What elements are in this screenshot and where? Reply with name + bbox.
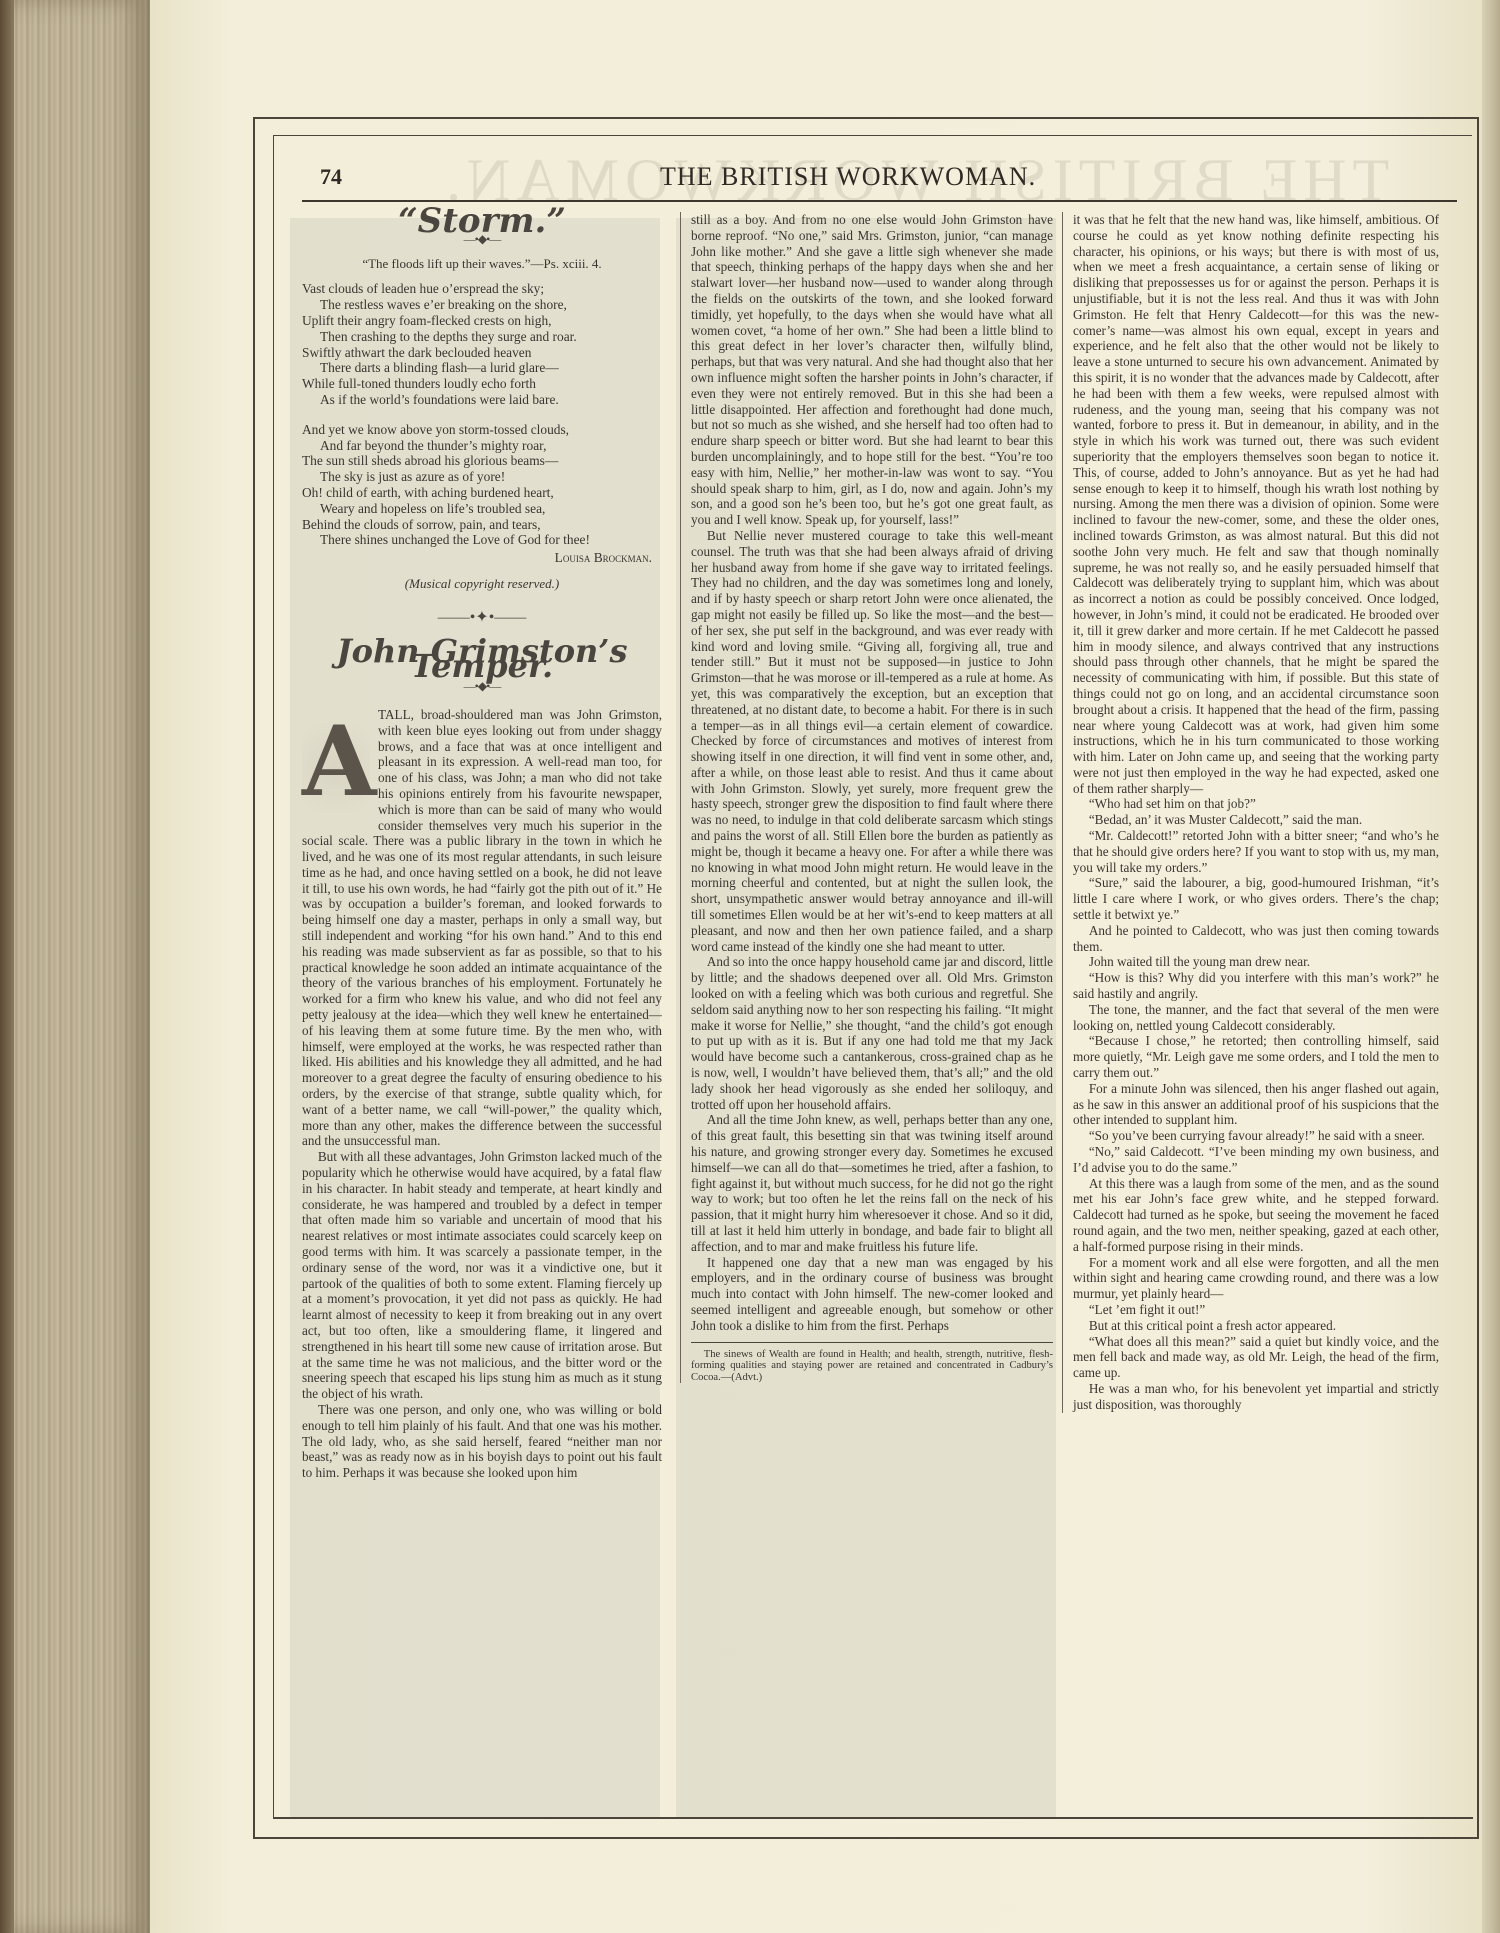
dialogue-line: “Mr. Caldecott!” retorted John with a bi… [1073,828,1439,875]
poem-stanza-1: Vast clouds of leaden hue o’erspread the… [302,281,662,407]
section-divider: ——•✦•—— [302,610,662,626]
masthead-title: THE BRITISH WORKWOMAN. [660,162,1036,192]
poem-line: There shines unchanged the Love of God f… [302,532,662,548]
poem-line: And yet we know above yon storm-tossed c… [302,422,662,438]
dialogue-line: “Bedad, an’ it was Muster Caldecott,” sa… [1073,812,1439,828]
poem-title: “Storm.” [302,214,662,230]
middle-column: still as a boy. And from no one else wou… [680,212,1053,1383]
copyright-note: (Musical copyright reserved.) [302,576,662,592]
book-spine-shadow [0,0,14,1933]
right-column: it was that he felt that the new hand wa… [1062,212,1439,1413]
dialogue-line: “No,” said Caldecott. “I’ve been minding… [1073,1144,1439,1176]
poem-stanza-2: And yet we know above yon storm-tossed c… [302,422,662,548]
story-paragraph: The tone, the manner, and the fact that … [1073,1002,1439,1034]
poem-line: Weary and hopeless on life’s troubled se… [302,501,662,517]
story-paragraph: And he pointed to Caldecott, who was jus… [1073,923,1439,955]
story-title: John Grimston’s Temper. [302,644,662,676]
page-right-edge [1482,0,1500,1933]
poem-line: Oh! child of earth, with aching burdened… [302,485,662,501]
poem-line: The restless waves e’er breaking on the … [302,297,662,313]
poem-line: Behind the clouds of sorrow, pain, and t… [302,517,662,533]
story-paragraph: For a moment work and all else were forg… [1073,1255,1439,1302]
poem-line: Then crashing to the depths they surge a… [302,329,662,345]
story-paragraph: But at this critical point a fresh actor… [1073,1318,1439,1334]
book-page-edges [0,0,150,1933]
bottom-rule [273,1817,1473,1819]
dialogue-line: “Let ’em fight it out!” [1073,1302,1439,1318]
story-paragraph: John waited till the young man drew near… [1073,954,1439,970]
poem-line: As if the world’s foundations were laid … [302,392,662,408]
ornament-rule: —•◆•— [302,679,662,695]
story-paragraph: At this there was a laugh from some of t… [1073,1176,1439,1255]
ornate-dropcap: A [302,707,370,829]
story-paragraph: But with all these advantages, John Grim… [302,1149,662,1402]
dialogue-line: “How is this? Why did you interfere with… [1073,970,1439,1002]
story-paragraph: He was a man who, for his benevolent yet… [1073,1381,1439,1413]
poem-line: Swiftly athwart the dark beclouded heave… [302,345,662,361]
poem-line: There darts a blinding flash—a lurid gla… [302,360,662,376]
poem-line: Vast clouds of leaden hue o’erspread the… [302,281,662,297]
dialogue-line: “What does all this mean?” said a quiet … [1073,1334,1439,1381]
story-paragraph: But Nellie never mustered courage to tak… [691,528,1053,955]
poem-author: Louisa Brockman. [302,550,652,566]
poem-line: While full-toned thunders loudly echo fo… [302,376,662,392]
left-column: “Storm.” —•◆•— “The floods lift up their… [302,210,662,1481]
dialogue-line: “Who had set him on that job?” [1073,796,1439,812]
dialogue-line: “So you’ve been currying favour already!… [1073,1128,1439,1144]
poem-line: The sky is just as azure as of yore! [302,469,662,485]
dialogue-line: “Sure,” said the labourer, a big, good-h… [1073,875,1439,922]
story-paragraph: And so into the once happy household cam… [691,954,1053,1112]
story-paragraph: There was one person, and only one, who … [302,1402,662,1481]
poem-line: The sun still sheds abroad his glorious … [302,453,662,469]
story-paragraph: still as a boy. And from no one else wou… [691,212,1053,528]
advertisement-text: The sinews of Wealth are found in Health… [691,1349,1053,1384]
story-paragraph: And all the time John knew, as well, per… [691,1112,1053,1254]
story-paragraph: it was that he felt that the new hand wa… [1073,212,1439,796]
story-paragraph: It happened one day that a new man was e… [691,1255,1053,1334]
poem-line: Uplift their angry foam-flecked crests o… [302,313,662,329]
cadbury-advertisement: The sinews of Wealth are found in Health… [691,1342,1053,1384]
ornament-rule: —•◆•— [302,232,662,248]
story-paragraph: For a minute John was silenced, then his… [1073,1081,1439,1128]
poem-line: And far beyond the thunder’s mighty roar… [302,438,662,454]
page-number: 74 [320,164,342,190]
dialogue-line: “Because I chose,” he retorted; then con… [1073,1033,1439,1080]
poem-epigraph: “The floods lift up their waves.”—Ps. xc… [302,256,662,272]
